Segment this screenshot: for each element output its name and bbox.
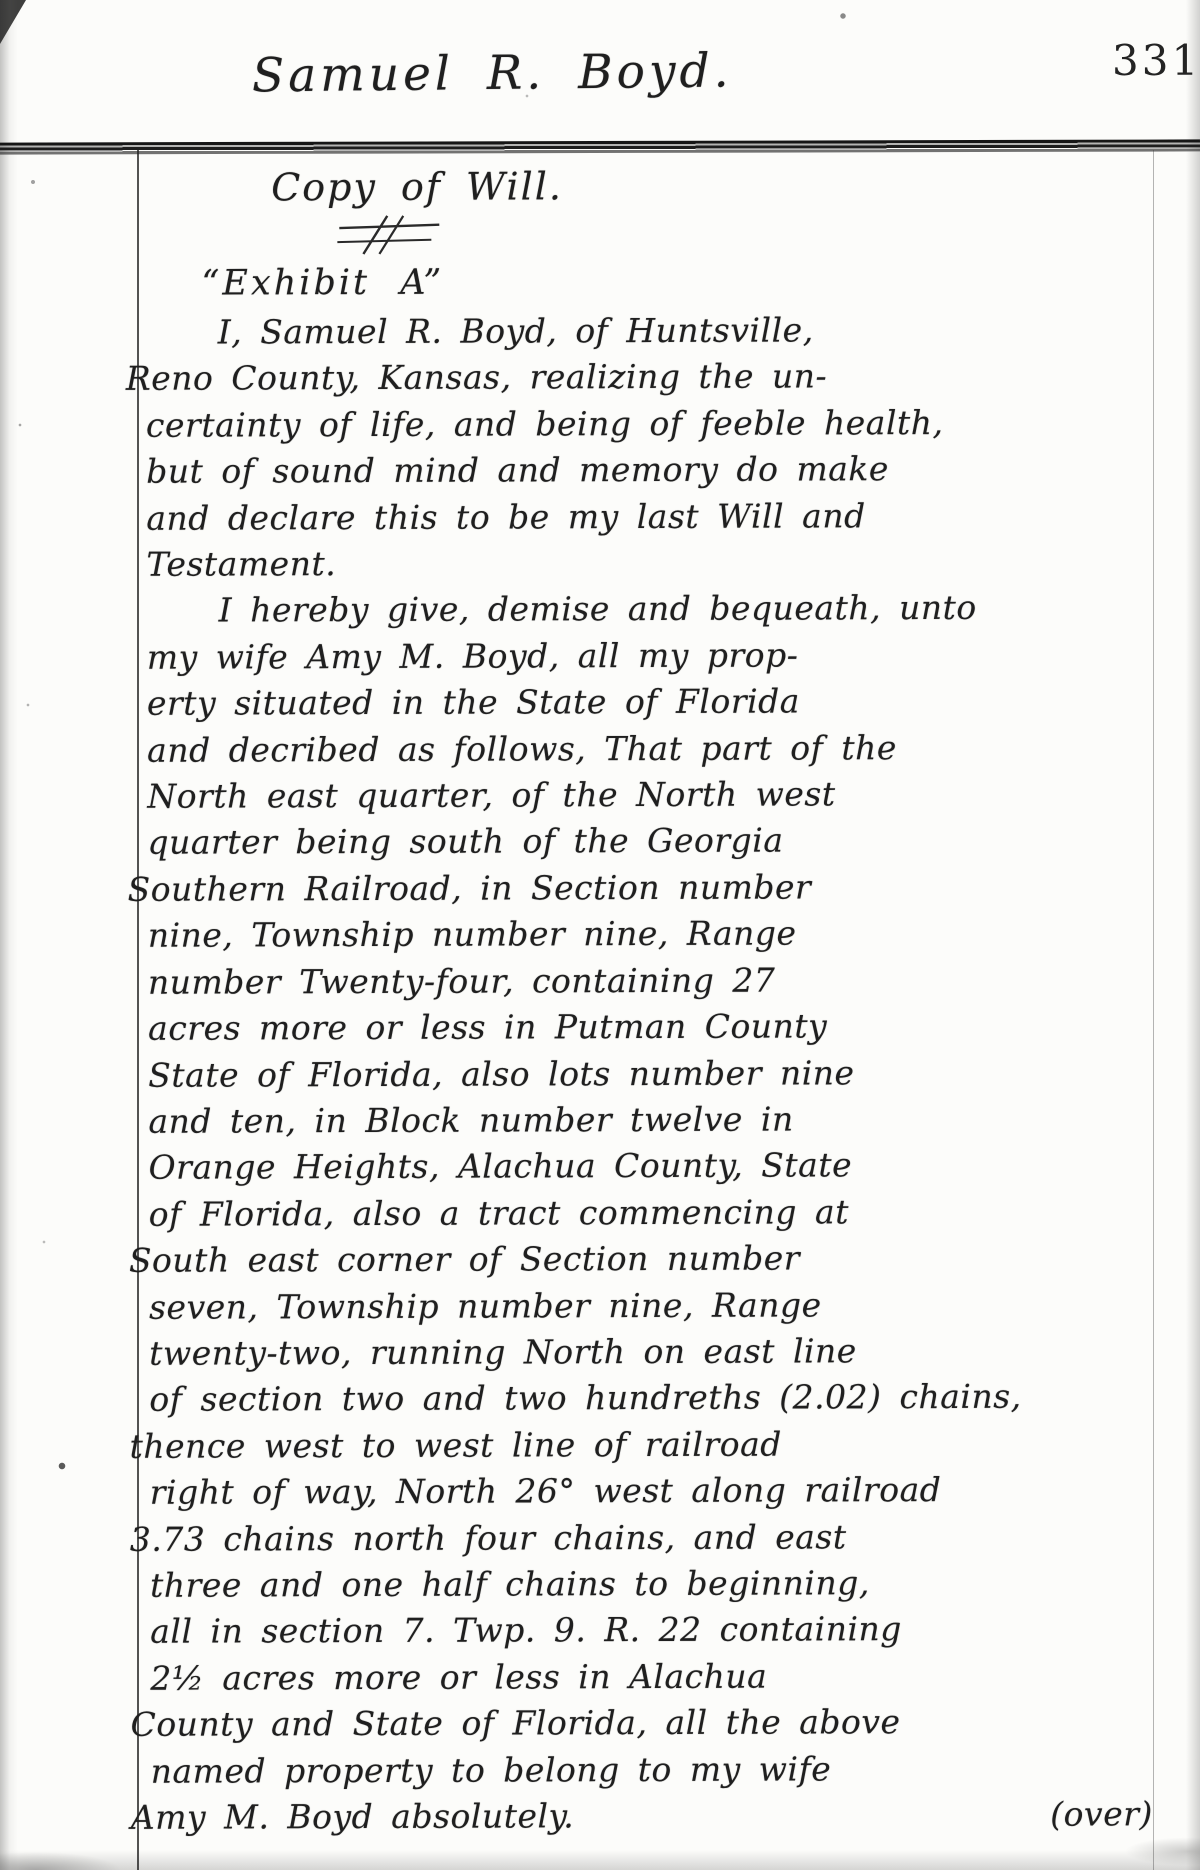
manuscript-line: County and State of Florida, all the abo… (130, 1698, 1158, 1748)
manuscript-line: and declare this to be my last Will and (146, 492, 1154, 542)
manuscript-line: quarter being south of the Georgia (147, 817, 1155, 867)
scan-edge-left (0, 0, 18, 1870)
manuscript-line: South east corner of Section number (129, 1234, 1157, 1284)
exhibit-label: “Exhibit A” (201, 254, 1153, 309)
manuscript-line: Southern Railroad, in Section number (128, 863, 1156, 913)
manuscript-line: Orange Heights, Alachua County, State (149, 1142, 1157, 1192)
flourish-mark (333, 212, 1153, 257)
flourish-icon (333, 215, 445, 255)
manuscript-line: twenty-two, running North on east line (149, 1327, 1157, 1377)
manuscript-heading: Copy of Will. (271, 156, 1153, 215)
manuscript-line: my wife Amy M. Boyd, all my prop- (147, 631, 1155, 681)
manuscript-line: but of sound mind and memory do make (146, 445, 1154, 495)
left-margin-line (137, 150, 139, 1870)
will-paragraph-2: I hereby give, demise and bequeath, unto… (147, 585, 1159, 1841)
manuscript-line: seven, Township number nine, Range (149, 1281, 1157, 1331)
manuscript-line-text: Amy M. Boyd absolutely. (131, 1796, 575, 1837)
page-number: 331 (1112, 36, 1200, 85)
manuscript-line: of Florida, also a tract commencing at (149, 1188, 1157, 1238)
scan-edge-bottom (0, 1850, 1200, 1870)
manuscript-line: I, Samuel R. Boyd, of Huntsville, (218, 306, 1154, 356)
manuscript-line: State of Florida, also lots number nine (148, 1049, 1156, 1099)
manuscript-line: 2½ acres more or less in Alachua (150, 1652, 1158, 1702)
document-title: Samuel R. Boyd. (252, 43, 733, 103)
manuscript-line: Amy M. Boyd absolutely. (over) (131, 1791, 1159, 1841)
manuscript-line: three and one half chains to beginning, (150, 1559, 1158, 1609)
manuscript-line: thence west to west line of railroad (129, 1420, 1157, 1470)
manuscript-line: erty situated in the State of Florida (147, 677, 1155, 727)
manuscript-line: right of way, North 26° west along railr… (150, 1466, 1158, 1516)
manuscript-body: Copy of Will. “Exhibit A” I, Samuel R. B… (145, 156, 1159, 1841)
manuscript-line: nine, Township number nine, Range (148, 910, 1156, 960)
manuscript-line: North east quarter, of the North west (147, 770, 1155, 820)
scanned-will-page: 331 Samuel R. Boyd. Copy of Will. “Exhib… (0, 0, 1200, 1870)
header-rule (0, 139, 1200, 154)
manuscript-line: of section two and two hundreths (2.02) … (149, 1374, 1157, 1424)
manuscript-line: Testament. (146, 538, 1154, 588)
scan-edge-right (1186, 0, 1200, 1870)
manuscript-line: certainty of life, and being of feeble h… (146, 399, 1154, 449)
manuscript-line: number Twenty-four, containing 27 (148, 956, 1156, 1006)
manuscript-line: and ten, in Block number twelve in (148, 1095, 1156, 1145)
manuscript-line: I hereby give, demise and bequeath, unto (219, 585, 1155, 635)
manuscript-line: named property to belong to my wife (151, 1745, 1159, 1795)
manuscript-line: acres more or less in Putman County (148, 1002, 1156, 1052)
over-note: (over) (1050, 1791, 1153, 1838)
will-paragraph-1: I, Samuel R. Boyd, of Huntsville, Reno C… (146, 306, 1155, 588)
manuscript-line: and decribed as follows, That part of th… (147, 724, 1155, 774)
manuscript-line: Reno County, Kansas, realizing the un- (126, 353, 1154, 403)
manuscript-line: 3.73 chains north four chains, and east (130, 1513, 1158, 1563)
manuscript-line: all in section 7. Twp. 9. R. 22 containi… (150, 1606, 1158, 1656)
